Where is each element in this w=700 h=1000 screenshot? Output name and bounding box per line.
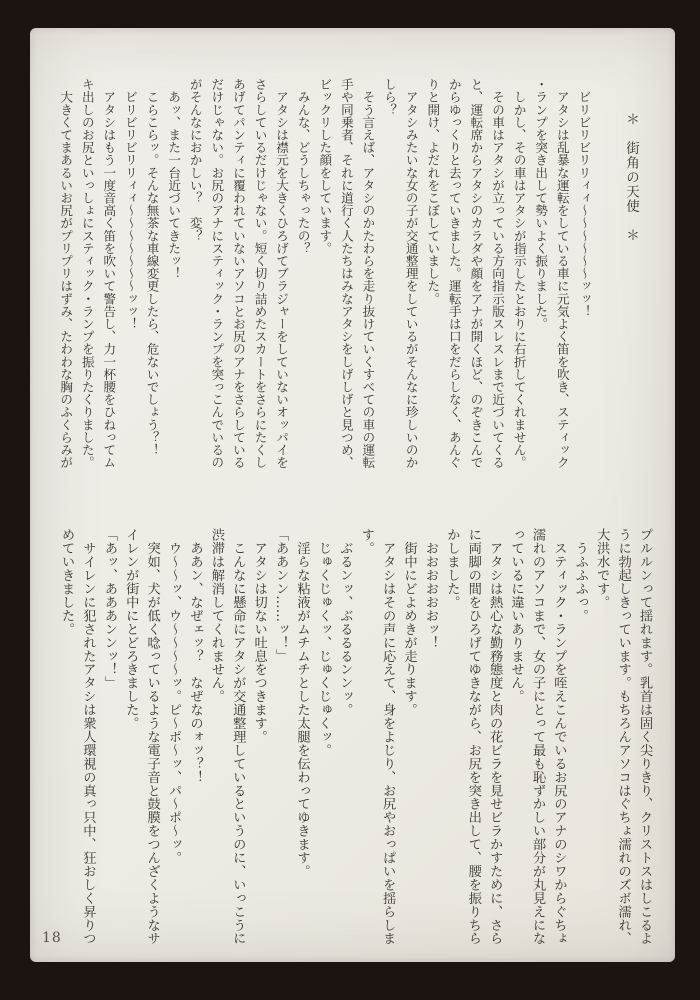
text-column: アタシは熱心な勤務態度と肉の花ビラを見せビラかすために、さら <box>484 528 505 956</box>
text-column: おおおおおおッ！ <box>420 528 441 956</box>
text-column: 突如、犬が低く唸っているような電子音と鼓膜をつんざくようなサ <box>141 528 162 956</box>
text-column: あッ、また一台近づいてきたッ！ <box>163 78 185 490</box>
text-column: だけじゃない。お尻のアナにスティック・ランプを突っこんでいるの <box>206 78 228 490</box>
text-column: うに勃起しきっています。もちろんアソコはぐちょ濡れのズボ濡れ、 <box>612 528 633 956</box>
text-column: っているに違いありません。 <box>505 528 526 956</box>
upper-columns: ビリビリビリリィィ～～～～～～ッッ！ アタシは乱暴な運転をしている車に元気よく笛… <box>55 78 595 490</box>
text-column: プルルンって揺れます。乳首は固く尖りきり、クリストスはしこるよ <box>634 528 655 956</box>
text-column: ビックリした顔をしています。 <box>314 78 336 490</box>
text-column: 手や同乗者、それに道行く人たちはみなアタシをしげしげと見つめ、 <box>335 78 357 490</box>
text-column: そう言えば、アタシのかたわらを走り抜けていくすべての車の運転 <box>357 78 379 490</box>
text-column: す。 <box>355 528 376 956</box>
text-column: 濡れのアソコまで、女の子にとって最も恥ずかしい部分が丸見えにな <box>527 528 548 956</box>
text-column: こんなに懸命にアタシが交通整理しているというのに、いっこうに <box>227 528 248 956</box>
text-column: ああン、なぜェッ？ なぜなのォッ？！ <box>184 528 205 956</box>
text-column: 街中にどよめきが走ります。 <box>398 528 419 956</box>
text-column: みんな、どうしちゃったの？ <box>292 78 314 490</box>
text-column: イレンが街中にとどろきました。 <box>120 528 141 956</box>
text-column: アタシは襟元を大きくひろげてブラジャーをしていないオッパイを <box>271 78 293 490</box>
text-column: アタシは切ない吐息をつきます。 <box>248 528 269 956</box>
text-column: ビリビリビリリィィ～～～～～～ッッ！ <box>573 78 595 490</box>
text-column: その車はアタシが立っている方向指示版スレスレまで近づいてくる <box>486 78 508 490</box>
lower-text-block: プルルンって揺れます。乳首は固く尖りきり、クリストスはしこるように勃起しきってい… <box>56 528 655 956</box>
text-column: スティック・ランプを咥えこんでいるお尻のアナのシワからぐちょ <box>548 528 569 956</box>
story-title: ＊ 街角の天使 ＊ <box>619 78 641 490</box>
text-column: からゆっくりと去っていきました。運転手は口をだらしなく、あんぐ <box>443 78 465 490</box>
text-column: めていきました。 <box>56 528 77 956</box>
text-column: ウ～～ッ、ウ～～～～ッ。ピ～ポ～ッ、パ～ポ～ッ。 <box>163 528 184 956</box>
page-number: 18 <box>42 930 62 946</box>
text-column: キ出しのお尻といっしょにスティック・ランプを振りたくりました。 <box>76 78 98 490</box>
text-column: しら？ <box>378 78 400 490</box>
text-column: あげてパンティに覆われていないアソコとお尻のアナをさらしている <box>227 78 249 490</box>
text-column: に両脚の間をひろげてゆきながら、お尻を突き出して、腰を振りちら <box>462 528 483 956</box>
book-page: ＊ 街角の天使 ＊ ビリビリビリリィィ～～～～～～ッッ！ アタシは乱暴な運転をし… <box>30 28 675 962</box>
text-column: しかし、その車はアタシが指示したとおりに右折してくれません。 <box>508 78 530 490</box>
text-column: 大きくてまあるいお尻がプリプリはずみ、たわわな胸のふくらみが <box>55 78 77 490</box>
text-column: うふふふっ。 <box>569 528 590 956</box>
text-column: アタシは乱暴な運転をしている車に元気よく笛を吹き、スティック <box>551 78 573 490</box>
text-column: アタシはその声に応えて、身をよじり、お尻やおっぱいを揺らしま <box>377 528 398 956</box>
text-column: アタシみたいな女の子が交通整理をしているがそんなに珍しいのか <box>400 78 422 490</box>
text-column: 「ああンン……ッ！」 <box>270 528 291 956</box>
text-column: サイレンに犯されたアタシは衆人環視の真っ只中、狂おしく昇りつ <box>77 528 98 956</box>
text-column: ビリビリビリリィィ～～～～～～～ッッ！ <box>119 78 141 490</box>
lower-columns: プルルンって揺れます。乳首は固く尖りきり、クリストスはしこるように勃起しきってい… <box>56 528 655 956</box>
text-column: かしました。 <box>441 528 462 956</box>
text-column: ・ランプを突き出して勢いよく振りました。 <box>530 78 552 490</box>
text-column: こらこらッ。そんな無茶な車線変更したら、危ないでしょう？！ <box>141 78 163 490</box>
text-column: じゅくじゅくッ、じゅくじゅくッ。 <box>313 528 334 956</box>
scanned-page-frame: ＊ 街角の天使 ＊ ビリビリビリリィィ～～～～～～ッッ！ アタシは乱暴な運転をし… <box>0 0 700 1000</box>
text-column: 渋滞は解消してくれません。 <box>205 528 226 956</box>
text-column: 淫らな粘液がムチムチとした太腿を伝わってゆきます。 <box>291 528 312 956</box>
upper-text-block: ＊ 街角の天使 ＊ ビリビリビリリィィ～～～～～～ッッ！ アタシは乱暴な運転をし… <box>55 78 641 490</box>
text-column: ぶるンッ、ぶるるるンンッ。 <box>334 528 355 956</box>
text-column: と、運転席からアタシのカラダや顔をアナが開くほど、のぞきこんで <box>465 78 487 490</box>
text-column: がそんなにおかしい？ 変？ <box>184 78 206 490</box>
text-column: りと開け、よだれをこぼしていました。 <box>422 78 444 490</box>
text-column: 大洪水です。 <box>591 528 612 956</box>
text-column: 「あッ、あああンンッ！」 <box>98 528 119 956</box>
text-column: アタシはもう一度音高く笛を吹いて警告し、力一杯腰をひねってム <box>98 78 120 490</box>
text-column: さらしているだけじゃない。短く切り詰めたスカートをさらにたくし <box>249 78 271 490</box>
